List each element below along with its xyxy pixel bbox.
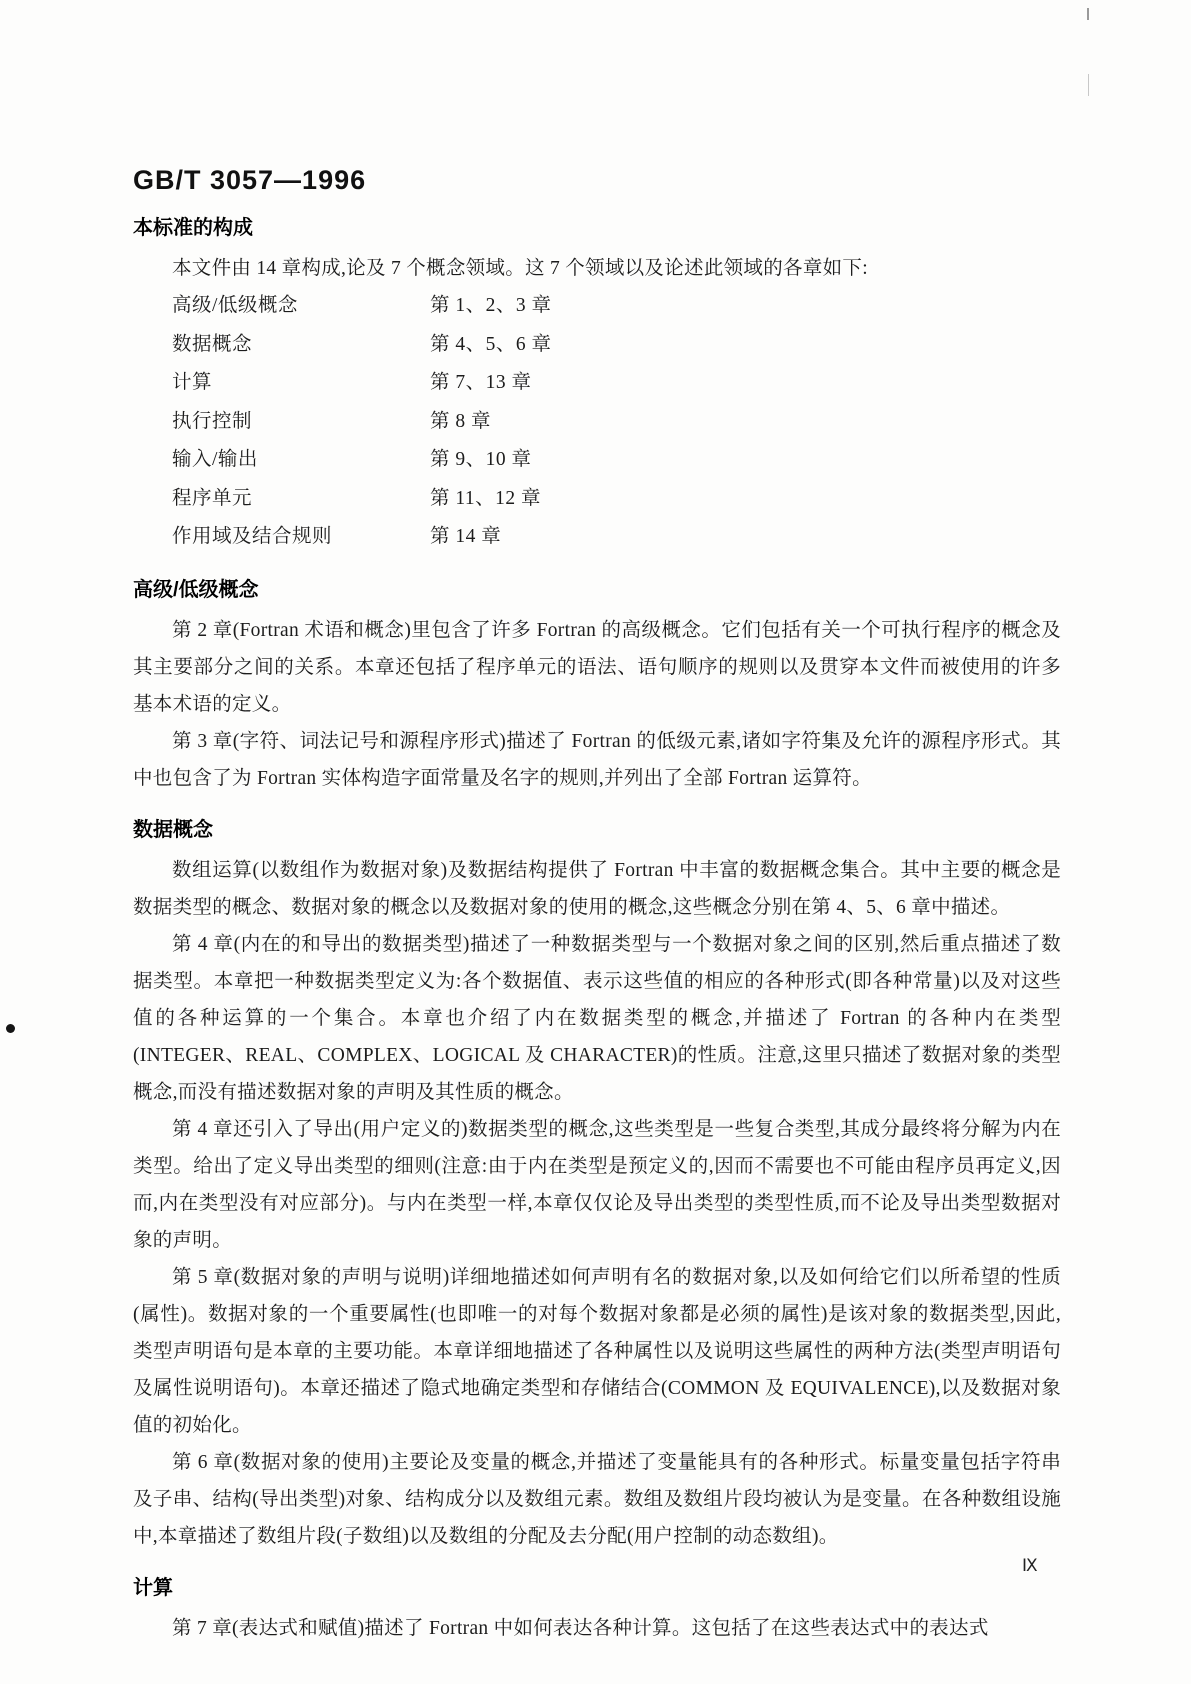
section-heading-computation: 计算 xyxy=(133,1575,1061,1601)
concept-area-row: 输入/输出 第 9、10 章 xyxy=(133,441,1061,480)
concept-area-chapters: 第 9、10 章 xyxy=(430,441,1061,480)
paragraph: 第 4 章(内在的和导出的数据类型)描述了一种数据类型与一个数据对象之间的区别,… xyxy=(133,926,1061,1111)
concept-area-row: 程序单元 第 11、12 章 xyxy=(133,480,1061,519)
concept-area-chapters: 第 8 章 xyxy=(430,403,1061,442)
paragraph: 第 5 章(数据对象的声明与说明)详细地描述如何声明有名的数据对象,以及如何给它… xyxy=(133,1259,1061,1444)
section-heading-data-concepts: 数据概念 xyxy=(133,817,1061,843)
paragraph: 第 6 章(数据对象的使用)主要论及变量的概念,并描述了变量能具有的各种形式。标… xyxy=(133,1444,1061,1555)
standard-number: GB/T 3057—1996 xyxy=(133,165,1061,195)
composition-intro: 本文件由 14 章构成,论及 7 个概念领域。这 7 个领域以及论述此领域的各章… xyxy=(133,250,1061,287)
paragraph: 第 7 章(表达式和赋值)描述了 Fortran 中如何表达各种计算。这包括了在… xyxy=(133,1610,1061,1647)
concept-area-label: 计算 xyxy=(172,364,430,403)
concept-area-label: 程序单元 xyxy=(172,480,430,519)
concept-area-row: 计算 第 7、13 章 xyxy=(133,364,1061,403)
concept-area-label: 数据概念 xyxy=(172,326,430,365)
paragraph: 第 4 章还引入了导出(用户定义的)数据类型的概念,这些类型是一些复合类型,其成… xyxy=(133,1111,1061,1259)
concept-area-chapters: 第 4、5、6 章 xyxy=(430,326,1061,365)
concept-area-chapters: 第 1、2、3 章 xyxy=(430,287,1061,326)
scan-artifact-dot xyxy=(6,1024,15,1033)
concept-area-chapters: 第 14 章 xyxy=(430,518,1061,557)
concept-area-row: 数据概念 第 4、5、6 章 xyxy=(133,326,1061,365)
paragraph: 第 2 章(Fortran 术语和概念)里包含了许多 Fortran 的高级概念… xyxy=(133,612,1061,723)
concept-area-label: 执行控制 xyxy=(172,403,430,442)
page-number: Ⅸ xyxy=(1022,1556,1038,1576)
concept-area-row: 作用域及结合规则 第 14 章 xyxy=(133,518,1061,557)
concept-area-chapters: 第 11、12 章 xyxy=(430,480,1061,519)
concept-area-row: 高级/低级概念 第 1、2、3 章 xyxy=(133,287,1061,326)
document-page: GB/T 3057—1996 本标准的构成 本文件由 14 章构成,论及 7 个… xyxy=(0,0,1191,1684)
scan-artifact-mark xyxy=(1088,74,1089,96)
concept-area-label: 输入/输出 xyxy=(172,441,430,480)
concept-area-chapters: 第 7、13 章 xyxy=(430,364,1061,403)
paragraph: 第 3 章(字符、词法记号和源程序形式)描述了 Fortran 的低级元素,诸如… xyxy=(133,723,1061,797)
page-content: GB/T 3057—1996 本标准的构成 本文件由 14 章构成,论及 7 个… xyxy=(133,165,1061,1647)
concept-area-label: 作用域及结合规则 xyxy=(172,518,430,557)
concept-area-label: 高级/低级概念 xyxy=(172,287,430,326)
section-heading-high-low-level: 高级/低级概念 xyxy=(133,577,1061,603)
section-heading-composition: 本标准的构成 xyxy=(133,215,1061,241)
scan-artifact-mark xyxy=(1087,8,1089,20)
concept-area-list: 高级/低级概念 第 1、2、3 章 数据概念 第 4、5、6 章 计算 第 7、… xyxy=(133,287,1061,557)
paragraph: 数组运算(以数组作为数据对象)及数据结构提供了 Fortran 中丰富的数据概念… xyxy=(133,852,1061,926)
concept-area-row: 执行控制 第 8 章 xyxy=(133,403,1061,442)
